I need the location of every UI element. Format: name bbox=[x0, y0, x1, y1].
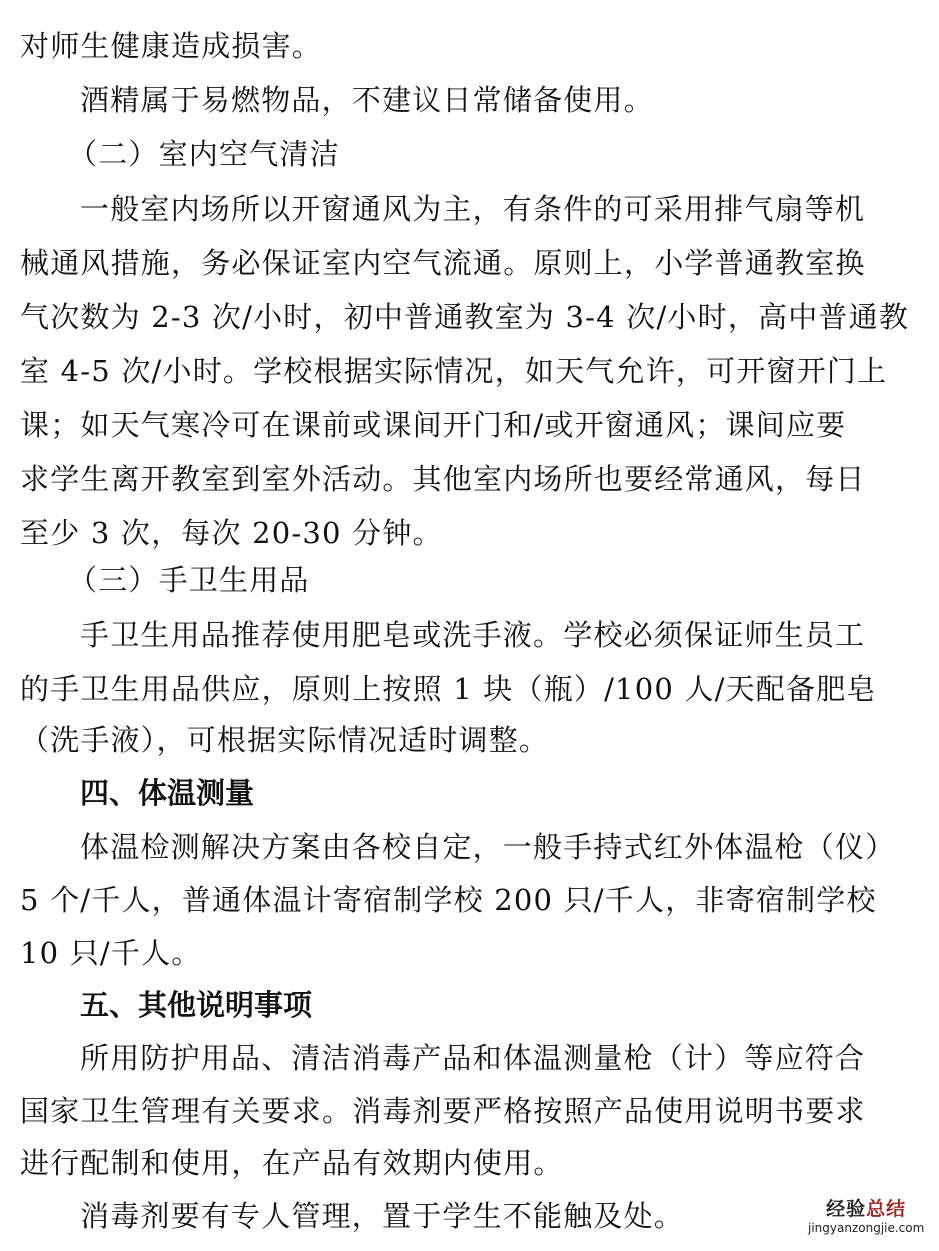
paragraph-line: 至少 3 次，每次 20-30 分钟。 bbox=[20, 515, 443, 551]
paragraph-line: 手卫生用品推荐使用肥皂或洗手液。学校必须保证师生员工 bbox=[80, 617, 865, 653]
paragraph-line: 课；如天气寒冷可在课前或课间开门和/或开窗通风；课间应要 bbox=[20, 407, 846, 443]
paragraph-line: 求学生离开教室到室外活动。其他室内场所也要经常通风，每日 bbox=[20, 461, 866, 497]
paragraph-line: 体温检测解决方案由各校自定，一般手持式红外体温枪（仪） bbox=[80, 829, 895, 865]
paragraph-line: （洗手液），可根据实际情况适时调整。 bbox=[20, 722, 549, 758]
paragraph-line: 国家卫生管理有关要求。消毒剂要严格按照产品使用说明书要求 bbox=[20, 1093, 866, 1129]
paragraph-line: 械通风措施，务必保证室内空气流通。原则上，小学普通教室换 bbox=[20, 245, 866, 281]
paragraph-line: 酒精属于易燃物品，不建议日常储备使用。 bbox=[80, 82, 654, 118]
paragraph-line: 进行配制和使用，在产品有效期内使用。 bbox=[20, 1145, 564, 1181]
section-heading: 四、体温测量 bbox=[80, 775, 254, 811]
watermark-logo: 经验总结 jingyanzongjie.com bbox=[808, 1198, 924, 1236]
watermark-title: 经验总结 bbox=[808, 1198, 924, 1220]
paragraph-line: 室 4-5 次/小时。学校根据实际情况，如天气允许，可开窗开门上 bbox=[20, 353, 887, 389]
watermark-title-part1: 经验 bbox=[826, 1198, 866, 1220]
paragraph-line: 所用防护用品、清洁消毒产品和体温测量枪（计）等应符合 bbox=[80, 1040, 865, 1076]
paragraph-line: 气次数为 2-3 次/小时，初中普通教室为 3-4 次/小时，高中普通教 bbox=[20, 299, 909, 335]
subsection-heading: （二）室内空气清洁 bbox=[68, 136, 340, 172]
watermark-url: jingyanzongjie.com bbox=[808, 1220, 924, 1236]
paragraph-line: 的手卫生用品供应，原则上按照 1 块（瓶）/100 人/天配备肥皂 bbox=[20, 671, 877, 707]
watermark-title-part2: 总结 bbox=[866, 1198, 906, 1220]
paragraph-line: 5 个/千人，普通体温计寄宿制学校 200 只/千人，非寄宿制学校 bbox=[20, 882, 877, 918]
subsection-heading: （三）手卫生用品 bbox=[68, 562, 310, 598]
paragraph-line: 一般室内场所以开窗通风为主，有条件的可采用排气扇等机 bbox=[80, 191, 865, 227]
paragraph-line: 10 只/千人。 bbox=[20, 935, 202, 971]
paragraph-line: 消毒剂要有专人管理，置于学生不能触及处。 bbox=[80, 1198, 684, 1234]
section-heading: 五、其他说明事项 bbox=[80, 987, 312, 1023]
paragraph-line: 对师生健康造成损害。 bbox=[20, 28, 322, 64]
